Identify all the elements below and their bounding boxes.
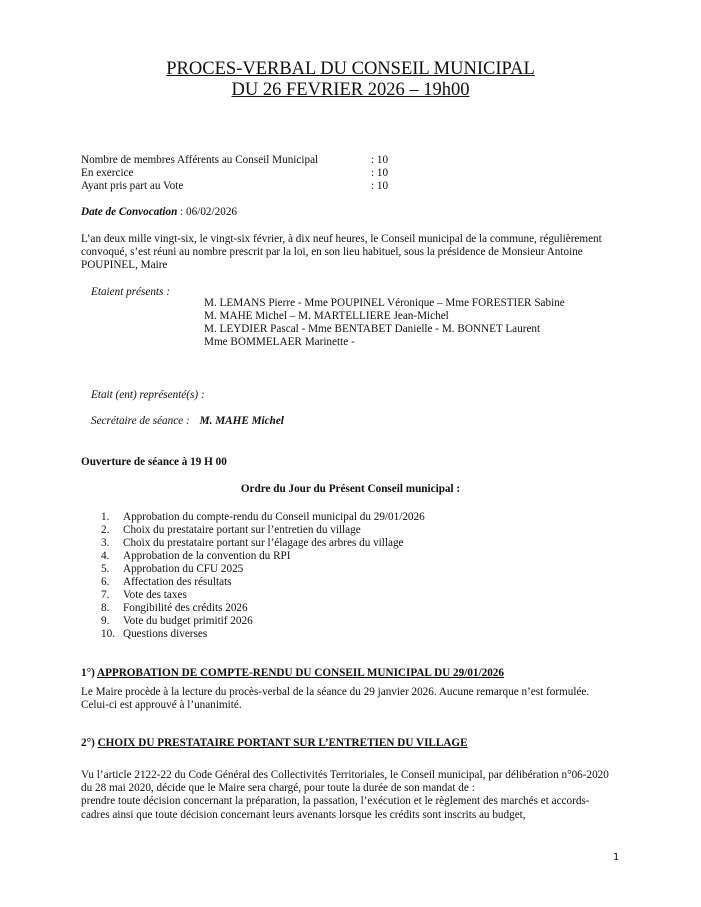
agenda-item: 2.Choix du prestataire portant sur l’ent… <box>101 524 361 537</box>
secretary-name: M. MAHE Michel <box>200 415 284 427</box>
opening-line: Ouverture de séance à 19 H 00 <box>81 456 227 469</box>
represented-label: Etait (ent) représenté(s) : <box>91 389 205 402</box>
section-2-heading: 2°) CHOIX DU PRESTATAIRE PORTANT SUR L’E… <box>81 737 468 750</box>
secretary-line: Secrétaire de séance :M. MAHE Michel <box>91 415 284 428</box>
members-label: Nombre de membres Afférents au Conseil M… <box>81 154 318 167</box>
section-2-text: du 28 mai 2020, décide que le Maire sera… <box>81 782 475 795</box>
presents-label: Etaient présents : <box>91 286 170 299</box>
presents-line: M. LEMANS Pierre - Mme POUPINEL Véroniqu… <box>204 297 565 310</box>
members-label: En exercice <box>81 167 133 180</box>
agenda-item: 10.Questions diverses <box>101 628 207 641</box>
agenda-title: Ordre du Jour du Présent Conseil municip… <box>0 483 701 496</box>
convocation-label: Date de Convocation <box>81 206 177 218</box>
page-title: PROCES-VERBAL DU CONSEIL MUNICIPAL <box>0 59 701 80</box>
intro-line: L’an deux mille vingt-six, le vingt-six … <box>81 233 602 246</box>
presents-line: Mme BOMMELAER Marinette - <box>204 336 355 349</box>
section-1-text: Celui-ci est approuvé à l’unanimité. <box>81 699 242 712</box>
agenda-item: 7.Vote des taxes <box>101 589 187 602</box>
members-value: : 10 <box>371 167 388 180</box>
members-value: : 10 <box>371 154 388 167</box>
agenda-item: 8.Fongibilité des crédits 2026 <box>101 602 248 615</box>
agenda-item: 9.Vote du budget primitif 2026 <box>101 615 253 628</box>
presents-line: M. LEYDIER Pascal - Mme BENTABET Daniell… <box>204 323 540 336</box>
section-2-text: Vu l’article 2122-22 du Code Général des… <box>81 769 609 782</box>
intro-line: convoqué, s’est réuni au nombre prescrit… <box>81 246 583 259</box>
convocation-line: Date de Convocation : 06/02/2026 <box>81 206 237 219</box>
agenda-item: 5.Approbation du CFU 2025 <box>101 563 243 576</box>
section-2-text: prendre toute décision concernant la pré… <box>81 795 590 808</box>
agenda-item: 3.Choix du prestataire portant sur l’éla… <box>101 537 404 550</box>
page-subtitle: DU 26 FEVRIER 2026 – 19h00 <box>0 80 701 101</box>
section-1-heading: 1°) APPROBATION DE COMPTE-RENDU DU CONSE… <box>81 667 504 680</box>
intro-line: POUPINEL, Maire <box>81 259 167 272</box>
presents-line: M. MAHE Michel – M. MARTELLIERE Jean-Mic… <box>204 310 449 323</box>
section-1-text: Le Maire procède à la lecture du procès-… <box>81 686 589 699</box>
members-value: : 10 <box>371 180 388 193</box>
page-number: 1 <box>613 852 619 863</box>
agenda-item: 1.Approbation du compte-rendu du Conseil… <box>101 511 425 524</box>
section-2-text: cadres ainsi que toute décision concerna… <box>81 809 526 822</box>
members-label: Ayant pris part au Vote <box>81 180 183 193</box>
secretary-label: Secrétaire de séance : <box>91 415 190 427</box>
agenda-item: 6.Affectation des résultats <box>101 576 232 589</box>
convocation-date: : 06/02/2026 <box>177 206 237 218</box>
agenda-item: 4.Approbation de la convention du RPI <box>101 550 290 563</box>
